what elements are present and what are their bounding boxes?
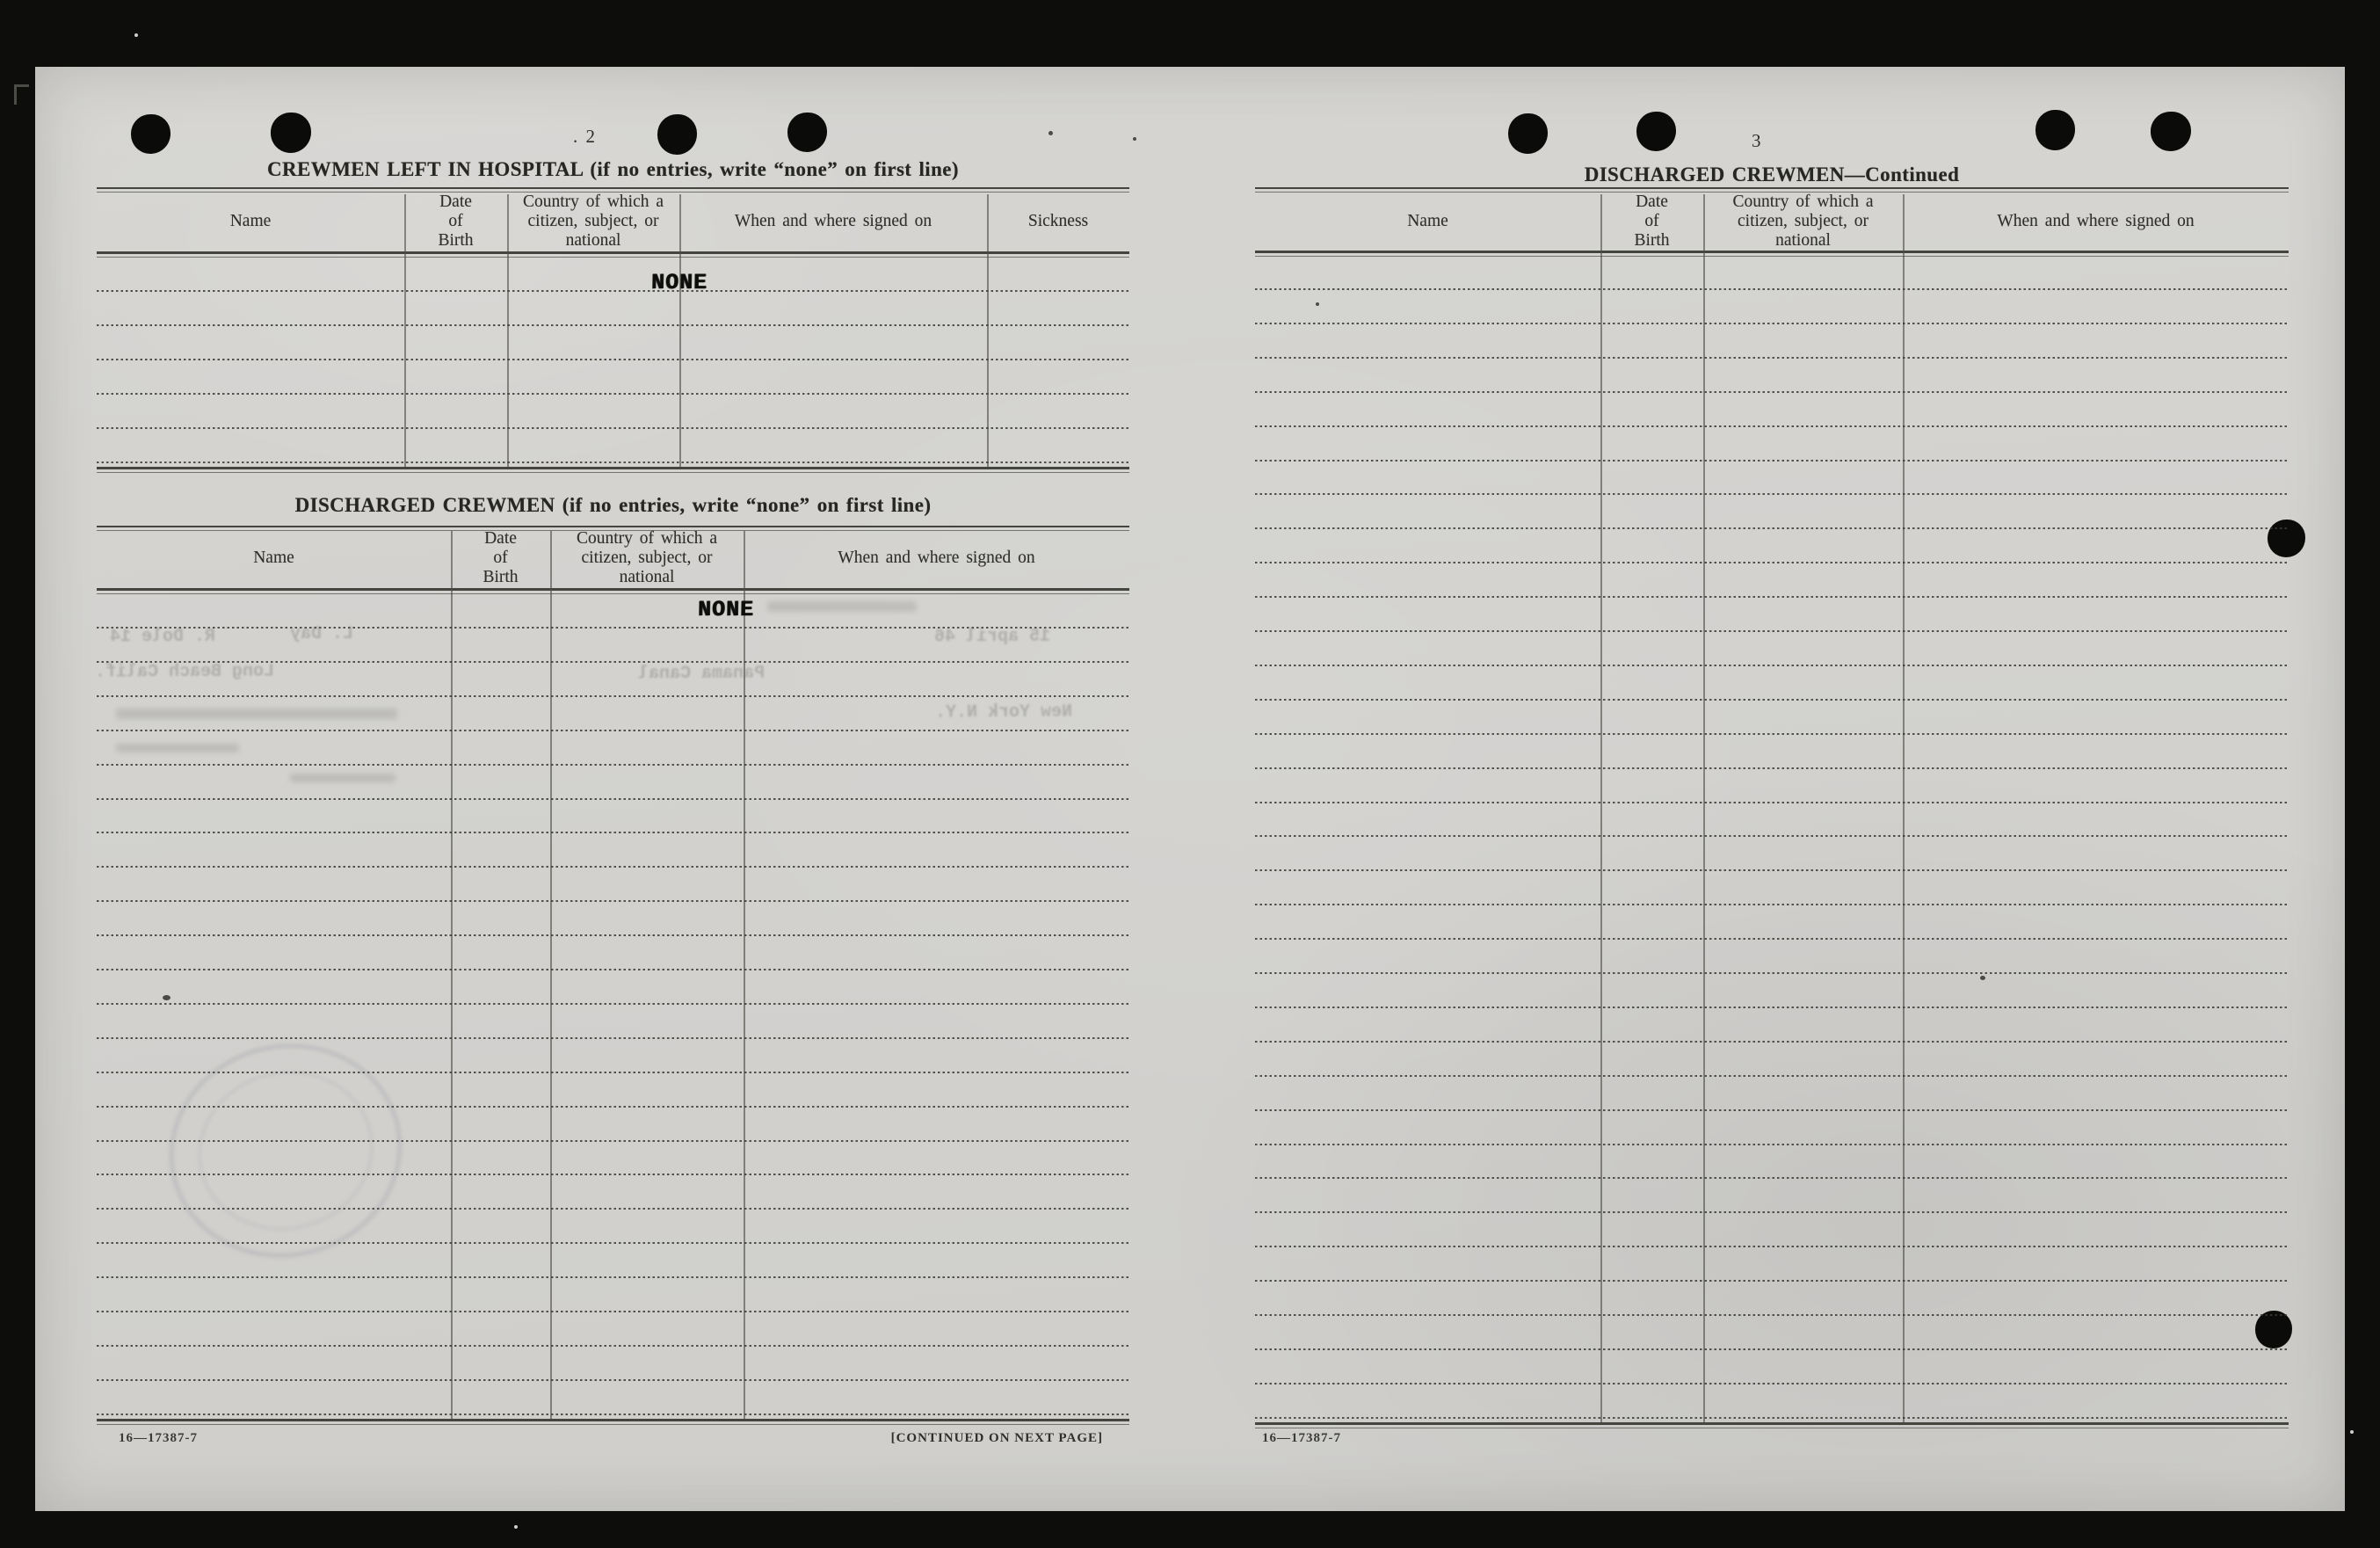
ruled-entry-line	[1255, 1314, 2289, 1316]
table-rule-header	[97, 588, 1129, 594]
bleed-through-text: Panama Canal	[638, 664, 765, 685]
ruled-entry-line	[1255, 1007, 2289, 1008]
punch-hole	[657, 114, 697, 155]
ruled-entry-line	[97, 393, 1129, 395]
bleed-through-text: R. Dole 14	[110, 627, 215, 648]
scan-speck	[1133, 137, 1136, 141]
ruled-entry-line	[1255, 527, 2289, 529]
bleed-through-smudge	[767, 601, 917, 612]
ruled-entry-line	[1255, 665, 2289, 666]
bleed-through-smudge	[116, 744, 239, 752]
right-page-footer: 16—17387-7	[1262, 1431, 2246, 1446]
scanned-crew-manifest: . 2 CREWMEN LEFT IN HOSPITAL (if no entr…	[0, 0, 2380, 1548]
ruled-entry-line	[97, 1037, 1129, 1039]
column-header-country: Country of which a citizen, subject, or …	[1703, 193, 1903, 251]
bleed-through-text: 15 april 46	[934, 627, 1050, 648]
continued-on-next-page-note: [CONTINUED ON NEXT PAGE]	[891, 1431, 1103, 1446]
column-header-sickness: Sickness	[987, 193, 1129, 251]
table-rule-header	[1255, 251, 2289, 257]
column-divider	[550, 531, 552, 1421]
punch-hole	[271, 113, 311, 153]
scan-speck	[514, 1525, 518, 1529]
ruled-entry-line	[1255, 1383, 2289, 1384]
ruled-entry-line	[1255, 596, 2289, 598]
ruled-entry-line	[1255, 323, 2289, 324]
ruled-entry-line	[97, 832, 1129, 833]
punch-hole	[131, 114, 171, 154]
column-divider	[451, 531, 453, 1421]
column-header-signed-on: When and where signed on	[679, 193, 987, 251]
ruled-entry-line	[1255, 733, 2289, 735]
bleed-through-text: L. Day	[290, 624, 353, 644]
punch-hole	[2151, 112, 2191, 151]
ruled-entry-line	[97, 1379, 1129, 1381]
bleed-through-text: Long Beach Calif.	[95, 661, 274, 682]
punch-hole	[1636, 112, 1676, 151]
ruled-entry-line	[97, 969, 1129, 970]
table-rule-bottom	[1255, 1422, 2289, 1428]
ruled-entry-line	[1255, 835, 2289, 837]
column-header-name: Name	[97, 530, 451, 586]
column-header-date-of-birth: Date of Birth	[404, 193, 507, 251]
ruled-entry-line	[97, 1276, 1129, 1278]
ruled-entry-line	[1255, 357, 2289, 359]
form-number: 16—17387-7	[1262, 1431, 1341, 1446]
ruled-entry-line	[1255, 425, 2289, 427]
ruled-entry-line	[1255, 1109, 2289, 1111]
page-number-left: . 2	[573, 126, 597, 148]
ruled-entry-line	[1255, 1280, 2289, 1282]
bleed-through-smudge	[116, 709, 397, 719]
left-page-footer: 16—17387-7 [CONTINUED ON NEXT PAGE]	[119, 1431, 1103, 1446]
ruled-entry-line	[1255, 562, 2289, 563]
ruled-entry-line	[97, 798, 1129, 800]
scan-speck	[134, 33, 138, 37]
ruled-entry-line	[97, 900, 1129, 902]
form-number: 16—17387-7	[119, 1431, 198, 1446]
column-header-date-of-birth: Date of Birth	[1600, 193, 1703, 251]
discharged-table-title: DISCHARGED CREWMEN (if no entries, write…	[97, 494, 1129, 517]
ruled-entry-line	[97, 1003, 1129, 1005]
ruled-entry-line	[97, 359, 1129, 360]
ruled-entry-line	[97, 695, 1129, 697]
ruled-entry-line	[1255, 1211, 2289, 1213]
ruled-entry-line	[1255, 972, 2289, 974]
ruled-entry-line	[1255, 869, 2289, 871]
ruled-entry-line	[97, 1311, 1129, 1312]
ruled-entry-line	[97, 866, 1129, 868]
ruled-entry-line	[1255, 1144, 2289, 1145]
column-header-signed-on: When and where signed on	[1903, 193, 2289, 251]
column-header-country: Country of which a citizen, subject, or …	[550, 530, 744, 586]
ruled-entry-line	[97, 730, 1129, 731]
ruled-entry-line	[1255, 767, 2289, 769]
ruled-entry-line	[1255, 1075, 2289, 1077]
column-divider	[1903, 194, 1905, 1424]
ruled-entry-line	[1255, 904, 2289, 905]
ruled-entry-line	[1255, 1041, 2289, 1043]
table-rule-header	[97, 251, 1129, 258]
ruled-entry-line	[97, 1414, 1129, 1415]
scan-speck	[2350, 1430, 2354, 1434]
ruled-entry-line	[1255, 1246, 2289, 1247]
table-rule-bottom	[97, 467, 1129, 473]
ruled-entry-line	[1255, 938, 2289, 940]
column-header-country: Country of which a citizen, subject, or …	[507, 193, 679, 251]
discharged-continued-title: DISCHARGED CREWMEN—Continued	[1255, 164, 2289, 186]
column-header-name: Name	[1255, 193, 1600, 251]
ruled-entry-line	[97, 290, 1129, 292]
discharged-table: Name Date of Birth Country of which a ci…	[97, 526, 1129, 1424]
column-divider	[1703, 194, 1705, 1424]
punch-hole	[1508, 113, 1548, 154]
ruled-entry-line	[97, 427, 1129, 429]
punch-hole	[2035, 110, 2075, 150]
hospital-table-title: CREWMEN LEFT IN HOSPITAL (if no entries,…	[97, 158, 1129, 181]
punch-hole	[787, 113, 827, 152]
ruled-entry-line	[97, 764, 1129, 766]
faint-stamp-inner-ring	[181, 1052, 390, 1248]
column-header-signed-on: When and where signed on	[744, 530, 1129, 586]
scan-mark	[14, 84, 29, 105]
ruled-entry-line	[1255, 1417, 2289, 1419]
column-header-date-of-birth: Date of Birth	[451, 530, 550, 586]
scan-speck	[1049, 131, 1053, 135]
hospital-table: Name Date of Birth Country of which a ci…	[97, 187, 1129, 472]
ruled-entry-line	[1255, 391, 2289, 393]
ruled-entry-line	[1255, 802, 2289, 803]
column-header-name: Name	[97, 193, 404, 251]
ruled-entry-line	[97, 1345, 1129, 1347]
ruled-entry-line	[1255, 1177, 2289, 1179]
table-rule-bottom	[97, 1419, 1129, 1425]
ruled-entry-line	[1255, 493, 2289, 495]
bleed-through-smudge	[290, 774, 395, 782]
column-divider	[1600, 194, 1602, 1424]
typed-entry-none: NONE	[698, 597, 755, 622]
discharged-continued-table: Name Date of Birth Country of which a ci…	[1255, 187, 2289, 1427]
ruled-entry-line	[1255, 699, 2289, 701]
ruled-entry-line	[1255, 460, 2289, 461]
bleed-through-text: New York N.Y.	[935, 702, 1072, 723]
ruled-entry-line	[1255, 288, 2289, 290]
ruled-entry-line	[1255, 1348, 2289, 1350]
page-number-right: 3	[1752, 130, 1763, 152]
ruled-entry-line	[97, 461, 1129, 463]
ruled-entry-line	[97, 934, 1129, 936]
ruled-entry-line	[1255, 630, 2289, 632]
ruled-entry-line	[97, 324, 1129, 326]
